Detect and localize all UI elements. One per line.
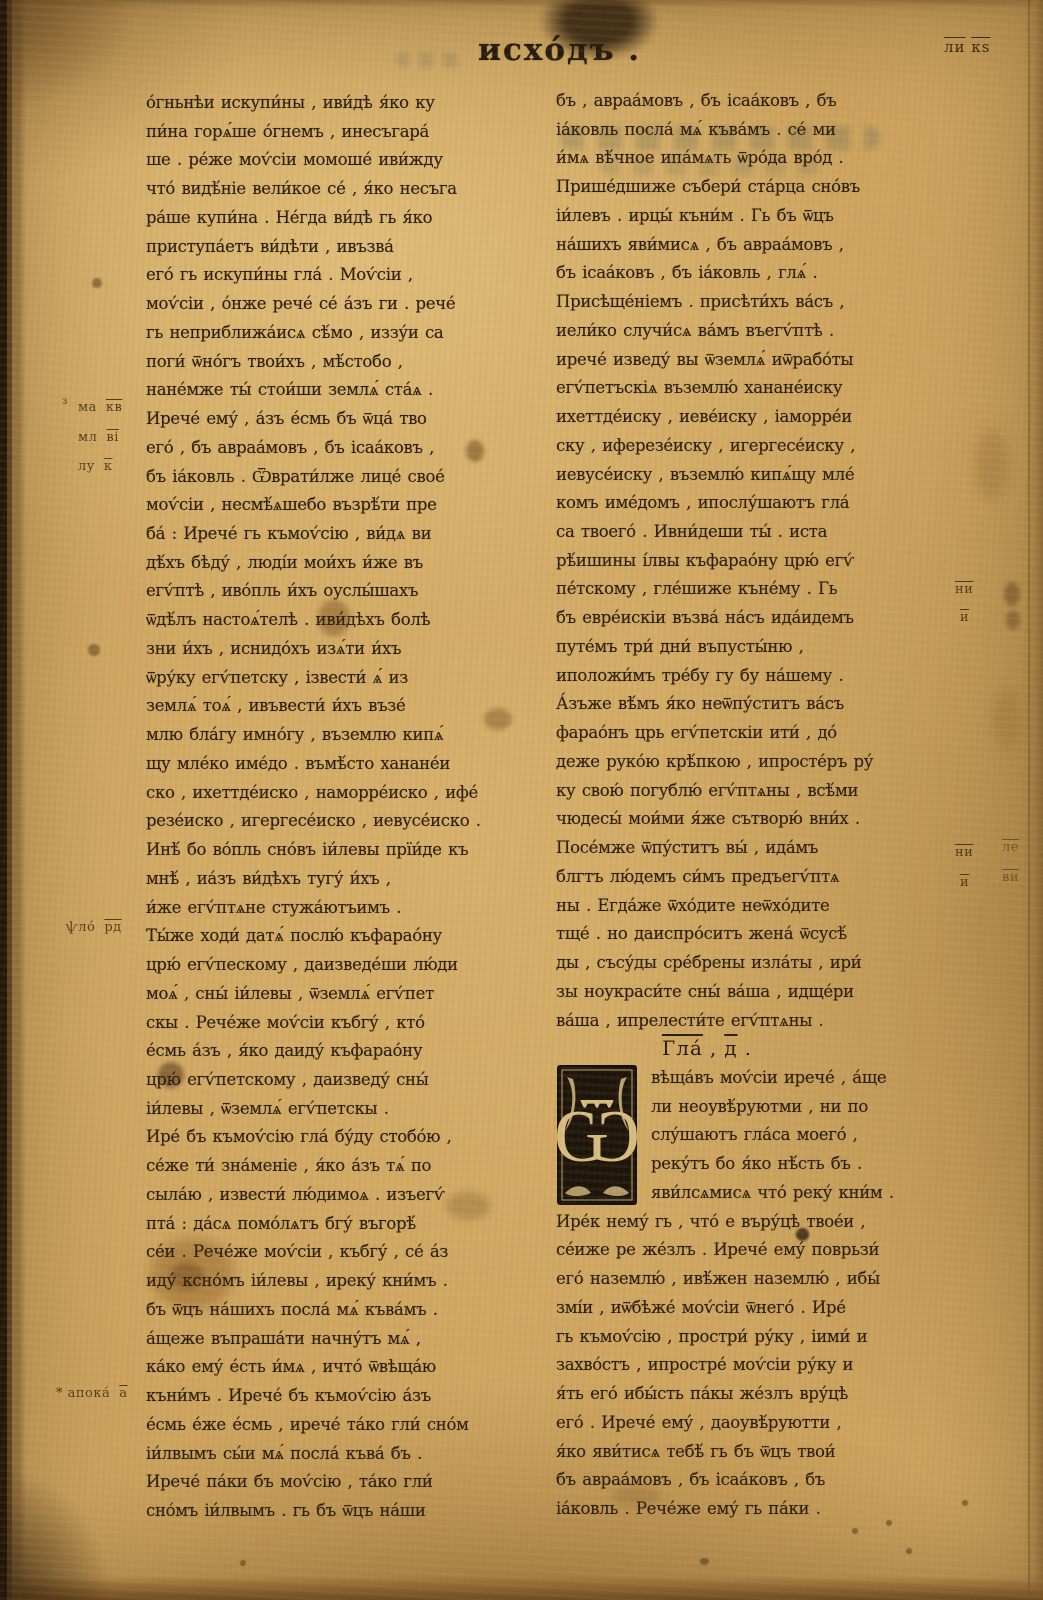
text-line: е́смь а́зъ , я́ко даиду́ къфарао́ну: [146, 1036, 550, 1065]
text-line: мнѣ́ , иа́зъ ви́дѣхъ тугу́ и́хъ ,: [146, 864, 550, 893]
text-line: моѵ́сіи , о́нже рече́ се́ а́зъ ги . рече…: [146, 289, 550, 318]
ink-speck: [852, 1528, 858, 1534]
chapter-number: д: [724, 1036, 737, 1060]
ref-book: ѱло́: [66, 920, 95, 935]
ink-speck: [962, 1500, 968, 1506]
text-line: рѣ́ишины і́лвы къфарао́ну црю́ егѵ́: [556, 546, 956, 575]
text-line: путе́мъ три́ дни́ въпусты́ню ,: [556, 632, 956, 661]
text-column-left: о́гньнѣи искупи́ны , иви́дѣ я́ко купи́на…: [146, 88, 550, 1525]
text-column-right: бъ , авраа́мовъ , бъ ісаа́ковъ , бъіа́ко…: [556, 86, 956, 1523]
ref-book: лу: [78, 459, 95, 474]
text-line: а́щеже въпраша́ти начну́тъ мѧ́ ,: [146, 1324, 550, 1353]
text-line: къни́мъ . Ирече́ бъ къмоѵ́сію а́зъ: [146, 1381, 550, 1410]
ornamental-initial: Ѿ: [557, 1065, 637, 1205]
ref-number: рд: [104, 920, 121, 935]
margin-ref-psalm: ѱло́рд: [66, 920, 122, 935]
text-line: ѿдѣ́лъ настоѧ́телѣ . иви́дѣхъ болѣ: [146, 605, 550, 634]
text-line: ка́ко ему́ е́сть и́мѧ , ичто́ ѿвѣща́ю: [146, 1352, 550, 1381]
initial-letter-glyph: Ѿ: [557, 1093, 637, 1179]
chapter-word: Гла́: [662, 1036, 703, 1060]
text-line: са твоего́ . Ивни́деши ты́ . иста: [556, 517, 956, 546]
ref-number: ві: [106, 430, 118, 445]
text-line: дѣ́хъ бѣду́ , люді́и мои́хъ и́же въ: [146, 548, 550, 577]
show-through-text-smudge: [395, 52, 465, 68]
text-line: Ире́ бъ къмоѵ́сію гла́ бу́ду стобо́ю ,: [146, 1122, 550, 1151]
ref-book: ма: [78, 400, 97, 415]
text-line: бъ ісаа́ковъ , бъ іа́ковль , глѧ́ .: [556, 258, 956, 287]
text-line: бъ ѿцъ на́шихъ посла́ мѧ́ къва́мъ .: [146, 1295, 550, 1324]
ref-number: к: [104, 459, 113, 474]
page-title: исхо́дъ .: [478, 32, 641, 68]
text-line: зни и́хъ , иснидо́хъ изѧ́ти и́хъ: [146, 634, 550, 663]
text-line: ку свою́ погублю́ егѵ́птѧны , всѣ́ми: [556, 776, 956, 805]
text-line: Присѣще́ніемъ . присѣти́хъ ва́съ ,: [556, 287, 956, 316]
ref-book: апока́: [68, 1386, 111, 1401]
text-line: щу мле́ко име́до . въмѣ́сто ханане́и: [146, 749, 550, 778]
text-line: о́гньнѣи искупи́ны , иви́дѣ я́ко ку: [146, 88, 550, 117]
text-line: моѧ́ , сны́ іи́левы , ѿземлѧ́ егѵ́пет: [146, 979, 550, 1008]
text-line: млю бла́гу имно́гу , въземлю кипѧ́: [146, 720, 550, 749]
margin-ref-apocalypse: * апока́а: [56, 1386, 128, 1401]
text-line: иду́ ксно́мъ іи́левы , иреку́ кни́мъ .: [146, 1266, 550, 1295]
text-line: Ты́же ходи́ датѧ́ послю́ къфарао́ну: [146, 921, 550, 950]
text-line: тще́ . но даиспро́ситъ жена́ ѿсусѣ́: [556, 919, 956, 948]
text-line: е́смь е́же е́смь , ирече́ та́ко гли́ сно…: [146, 1410, 550, 1439]
folio-number: ли кѕ: [944, 38, 990, 56]
text-line: сыла́ю , извести́ лю́димоѧ . изъегѵ́: [146, 1180, 550, 1209]
ink-speck: [240, 1560, 246, 1566]
ref-number: кв: [106, 400, 122, 415]
text-line: Ире́к нему́ гь , что́ е въру́цѣ твое́и ,: [556, 1207, 956, 1236]
text-line: пе́тскому , гле́шиже къне́му . Гь: [556, 574, 956, 603]
margin-ref-mark: млві: [78, 430, 119, 445]
text-line: поги́ ѿно́гъ твои́хъ , мѣ́стобо ,: [146, 347, 550, 376]
text-line: Ирече́ ему́ , а́зъ е́смь бъ ѿца́ тво: [146, 404, 550, 433]
text-line: змі́и , иѿбѣже́ моѵ́сіи ѿнего́ . Ире́: [556, 1293, 956, 1322]
stain: [975, 430, 1009, 500]
text-line: что́ видѣ́ніе вели́кое се́ , я́ко несъга: [146, 174, 550, 203]
page-edge-bottom: [0, 1576, 1043, 1600]
book-gutter-shadow: [0, 0, 26, 1600]
text-line: я́ть его́ ибы́сть па́кы же́злъ вру́цѣ: [556, 1379, 956, 1408]
text-line: бъ іа́ковль . Ѿврати́лже лице́ свое́: [146, 462, 550, 491]
text-line: іа́ковль . Рече́же ему́ гь па́ки .: [556, 1494, 956, 1523]
text-line: Прише́дшиже събери́ ста́рца сно́въ: [556, 172, 956, 201]
ink-speck: [88, 644, 100, 656]
text-line: блгтъ лю́демъ си́мъ предъегѵ́птѧ: [556, 862, 956, 891]
text-line: црю́ егѵ́петскому , даизведу́ сны́: [146, 1065, 550, 1094]
ref-number: а: [119, 1386, 127, 1401]
text-line: зы ноукраси́те сны́ ва́ша , идще́ри: [556, 977, 956, 1006]
text-line: ско , ихеттде́иско , наморре́иско , ифе́: [146, 778, 550, 807]
text-line: Ирече́ па́ки бъ моѵ́сію , та́ко гли́: [146, 1467, 550, 1496]
text-line: чюдесы́ мои́ми я́же сътворю́ вни́х .: [556, 804, 956, 833]
margin-note-see-below: и: [960, 875, 969, 890]
text-line: ны . Егда́же ѿхо́дите неѿхо́дите: [556, 891, 956, 920]
margin-ref-matthew: макв: [78, 400, 122, 415]
margin-ref-far: ви: [1002, 870, 1019, 885]
margin-smudge: [1004, 582, 1020, 606]
text-line: іи́левъ . ирцы́ къни́м . Гь бъ ѿцъ: [556, 201, 956, 230]
text-line: его́ , бъ авраа́мовъ , бъ ісаа́ковъ ,: [146, 433, 550, 462]
text-line: приступа́етъ ви́дѣти , ивъзва́: [146, 232, 550, 261]
text-line: ше . ре́же моѵ́сіи момоше́ иви́жду: [146, 145, 550, 174]
text-line: землѧ́ тоѧ́ , ивъвести́ и́хъ възе́: [146, 691, 550, 720]
text-line: его́ наземлю́ , ивѣ́жен наземлю́ , ибы́: [556, 1264, 956, 1293]
text-line: его́ . Ирече́ ему́ , даоувѣ́руютти ,: [556, 1408, 956, 1437]
text-line: гь неприближа́исѧ сѣ́мо , иззу́и са: [146, 318, 550, 347]
text-line: егѵ́птѣ , иво́пль и́хъ оуслы́шахъ: [146, 576, 550, 605]
ink-speck: [906, 1548, 912, 1554]
text-line: комъ име́домъ , ипослу́шаютъ гла́: [556, 488, 956, 517]
chapter-comma: ,: [710, 1036, 717, 1060]
text-line: бъ евре́искіи възва́ на́съ ида́идемъ: [556, 603, 956, 632]
right-column-upper-text: бъ , авраа́мовъ , бъ ісаа́ковъ , бъіа́ко…: [556, 86, 956, 1034]
text-line: Посе́мже ѿпу́ститъ вы́ , ида́мъ: [556, 833, 956, 862]
chapter-heading: Гла́,д.: [556, 1034, 956, 1063]
right-column-lower-text: Ире́к нему́ гь , что́ е въру́цѣ твое́и ,…: [556, 1207, 956, 1523]
text-line: и́же егѵ́птѧне стужа́ютъимъ .: [146, 893, 550, 922]
text-line: и́мѧ вѣ́чное ипа́мѧть ѿро́да вро́д .: [556, 143, 956, 172]
ink-speck: [92, 278, 102, 288]
initial-paragraph: Ѿ вѣща́въ моѵ́сіи ирече́ , а́щели неоувѣ…: [556, 1063, 956, 1207]
text-line: А́зъже вѣ́мъ я́ко неѿпу́ститъ ва́съ: [556, 689, 956, 718]
text-line: иположи́мъ тре́бу гу бу на́шему .: [556, 661, 956, 690]
text-line: ирече́ изведу́ вы ѿземлѧ́ иѿрабо́ты: [556, 345, 956, 374]
text-line: нане́мже ты́ стои́ши землѧ́ ста́ѧ .: [146, 375, 550, 404]
text-line: моѵ́сіи , несмѣ́ѧшебо възрѣ́ти пре: [146, 490, 550, 519]
text-line: бъ авраа́мовъ , бъ ісаа́ковъ , бъ: [556, 1465, 956, 1494]
text-line: сно́мъ іи́лвымъ . гь бъ ѿцъ на́ши: [146, 1496, 550, 1525]
text-line: се́же ти́ зна́меніе , я́ко а́зъ тѧ́ по: [146, 1151, 550, 1180]
text-line: іи́лвымъ сы́и мѧ́ посла́ къва́ бъ .: [146, 1439, 550, 1468]
text-line: ра́ше купи́на . Не́гда ви́дѣ гь я́ко: [146, 203, 550, 232]
chapter-period: .: [745, 1036, 752, 1060]
text-line: црю́ егѵ́пескому , даизведе́ши лю́ди: [146, 950, 550, 979]
stain: [992, 690, 1022, 750]
text-line: се́и . Рече́же моѵ́сіи , къбгу́ , се́ а́…: [146, 1237, 550, 1266]
text-line: бъ , авраа́мовъ , бъ ісаа́ковъ , бъ: [556, 86, 956, 115]
text-line: иели́ко случи́сѧ ва́мъ въегѵ́птѣ .: [556, 316, 956, 345]
margin-note-see-below: ни: [955, 845, 973, 860]
text-line: ѿру́ку егѵ́петску , ізвести́ ѧ́ из: [146, 663, 550, 692]
text-line: гь къмоѵ́сію , простри́ ру́ку , іими́ и: [556, 1322, 956, 1351]
ornamental-initial-woodcut: Ѿ: [557, 1065, 637, 1205]
book-page-scan: исхо́дъ . ли кѕ о́гньнѣи искупи́ны , иви…: [0, 0, 1043, 1600]
text-line: ба́ : Ирече́ гь къмоѵ́сію , ви́дѧ ви: [146, 519, 550, 548]
text-line: резе́иско , игергесе́иско , иевусе́иско …: [146, 806, 550, 835]
folio-leaf-count: кѕ: [971, 38, 990, 56]
margin-ref-luke: лук: [78, 459, 113, 474]
text-line: се́иже ре же́злъ . Ирече́ ему́ поврьзи́: [556, 1235, 956, 1264]
text-line: иевусе́иску , въземлю́ кипѧ́щу мле́: [556, 460, 956, 489]
text-line: его́ гь искупи́ны гла́ . Моѵ́сіи ,: [146, 260, 550, 289]
margin-zri-mark: з: [62, 396, 67, 407]
page-edge-top: [0, 0, 1043, 7]
margin-note-see-below: и: [960, 610, 969, 625]
text-line: іи́левы , ѿземлѧ́ егѵ́петскы .: [146, 1094, 550, 1123]
text-line: фарао́нъ црь егѵ́петскіи ити́ , до́: [556, 718, 956, 747]
text-line: пи́на горѧ́ше о́гнемъ , инесъгара́: [146, 117, 550, 146]
text-line: на́шихъ яви́мисѧ , бъ авраа́мовъ ,: [556, 230, 956, 259]
text-line: захво́стъ , ипростре́ моѵ́сіи ру́ку и: [556, 1350, 956, 1379]
text-line: ва́ша , ипрелести́те егѵ́птѧны .: [556, 1006, 956, 1035]
text-line: ды , съсу́ды сре́брены изла́ты , ири́: [556, 948, 956, 977]
text-line: пта́ : да́сѧ помо́лѧтъ бгу́ въгорѣ́: [146, 1209, 550, 1238]
text-line: іа́ковль посла́ мѧ́ къва́мъ . се́ ми: [556, 115, 956, 144]
folio-leaf-label: ли: [944, 38, 966, 56]
margin-smudge: [1006, 610, 1020, 630]
text-line: скы . Рече́же моѵ́сіи къбгу́ , кто́: [146, 1008, 550, 1037]
margin-ref-far: ле: [1002, 840, 1019, 855]
text-line: деже руко́ю крѣ́пкою , ипросте́ръ ру́: [556, 747, 956, 776]
text-line: Инѣ́ бо во́пль сно́въ іи́левы прїи́де къ: [146, 835, 550, 864]
margin-note-see-below: ни: [955, 582, 973, 597]
text-line: ихеттде́иску , иеве́иску , іаморре́и: [556, 402, 956, 431]
text-line: я́ко яви́тисѧ тебѣ́ гь бъ ѿцъ твои́: [556, 1437, 956, 1466]
ref-book: мл: [78, 430, 97, 445]
ref-mark: *: [56, 1386, 63, 1401]
text-line: егѵ́петъскіѧ въземлю́ ханане́иску: [556, 373, 956, 402]
ink-speck: [700, 1558, 709, 1565]
text-line: ску , иферезе́иску , игергесе́иску ,: [556, 431, 956, 460]
page-edge-line: [1028, 0, 1030, 1600]
